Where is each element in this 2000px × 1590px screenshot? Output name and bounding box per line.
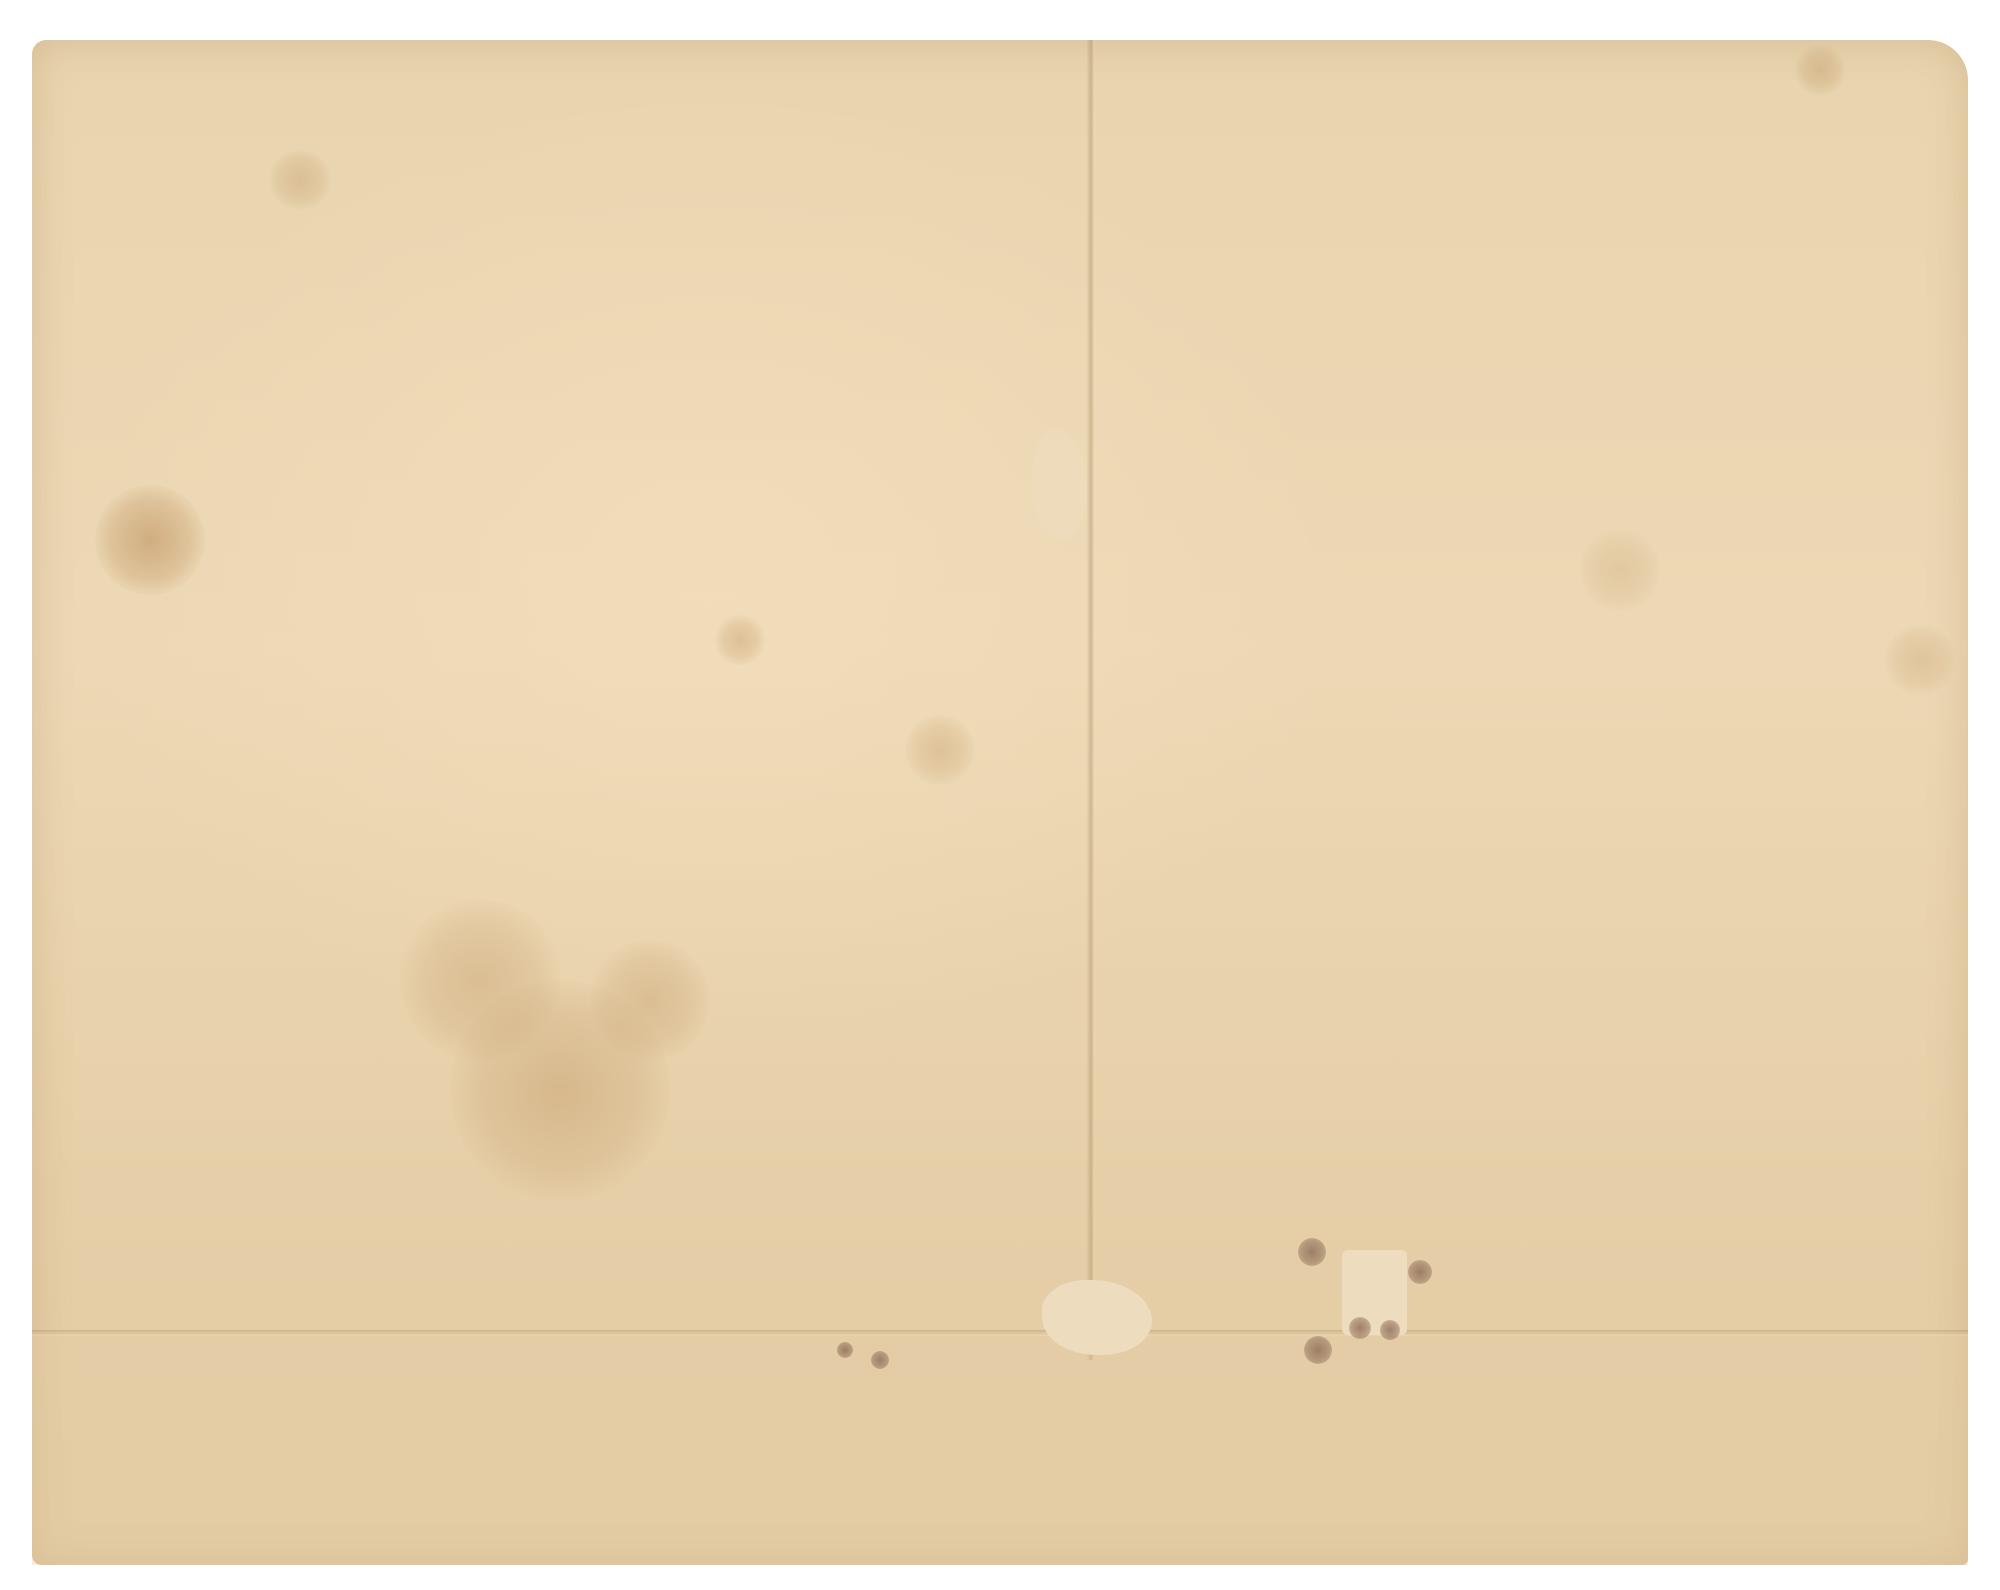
torn-patch xyxy=(1032,430,1087,540)
foxing-stain xyxy=(1795,45,1845,95)
folded-bottom-band xyxy=(32,1336,1968,1565)
dark-spot xyxy=(1408,1260,1432,1284)
dark-spot xyxy=(1298,1238,1326,1266)
foxing-stain xyxy=(95,485,205,595)
foxing-stain xyxy=(590,940,710,1060)
foxing-stain xyxy=(1580,530,1660,610)
aged-paper-sheet xyxy=(32,40,1968,1565)
torn-patch xyxy=(1042,1280,1152,1355)
dark-spot xyxy=(837,1342,853,1358)
vertical-fold-line xyxy=(1087,40,1095,1360)
dark-spot xyxy=(1380,1320,1400,1340)
dark-spot xyxy=(871,1351,889,1369)
foxing-stain xyxy=(715,615,765,665)
foxing-stain xyxy=(1885,625,1955,695)
foxing-stain xyxy=(905,715,975,785)
dark-spot xyxy=(1349,1317,1371,1339)
foxing-stain xyxy=(270,150,330,210)
dark-spot xyxy=(1304,1336,1332,1364)
foxing-stain xyxy=(400,900,560,1060)
